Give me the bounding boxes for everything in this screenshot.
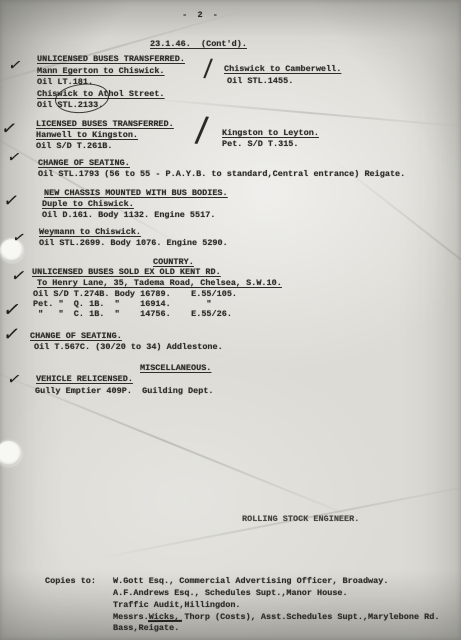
copies-recipient: W.Gott Esq., Commercial Advertising Offi… <box>113 576 388 586</box>
section-heading-unlicensed-buses-sold: UNLICENSED BUSES SOLD EX OLD KENT RD. <box>32 267 221 277</box>
signature-rolling-stock-engineer: ROLLING STOCK ENGINEER. <box>242 514 359 524</box>
fleet-detail-line: Oil STL.1455. <box>227 76 293 86</box>
checkmark-annotation: ✓ <box>6 147 23 166</box>
scanned-document-page: - 2 - 23.1.46. (Cont'd). UNLICENSED BUSE… <box>0 0 461 640</box>
sold-bus-row: Oil S/D T.274B. Body 16789. E.55/105. <box>33 289 237 299</box>
route-line: Hanwell to Kingston. <box>36 130 138 140</box>
route-line: Chiswick to Camberwell. <box>224 64 341 74</box>
checkmark-annotation: ✓ <box>10 266 28 286</box>
copies-to-label: Copies to: <box>45 576 96 586</box>
punch-hole <box>0 441 21 466</box>
checkmark-annotation: ✓ <box>1 299 22 321</box>
copies-recipient: Traffic Audit,Hillingdon. <box>113 600 241 610</box>
fleet-detail-line: Oil S/D T.261B. <box>36 141 113 151</box>
section-heading-country: COUNTRY. <box>153 257 194 267</box>
route-line: Weymann to Chiswick. <box>39 227 141 237</box>
checkmark-annotation: ✓ <box>1 324 21 345</box>
checkmark-annotation: ✓ <box>11 229 27 247</box>
checkmark-annotation: ✓ <box>0 119 19 140</box>
copies-recipient: Bass,Reigate. <box>113 623 179 633</box>
underline-mark-wicks <box>148 620 182 622</box>
section-heading-new-chassis: NEW CHASSIS MOUNTED WITH BUS BODIES. <box>44 188 228 198</box>
buyer-line: To Henry Lane, 35, Tadema Road, Chelsea,… <box>37 278 282 288</box>
sold-bus-row: Pet. " Q. 1B. " 16914. " <box>33 299 212 309</box>
checkmark-annotation: ✓ <box>7 56 24 75</box>
route-line: Kingston to Leyton. <box>222 128 319 138</box>
date-heading: 23.1.46. (Cont'd). <box>150 39 247 49</box>
paper-crease <box>141 97 461 128</box>
copies-recipient: A.F.Andrews Esq., Schedules Supt.,Manor … <box>113 588 348 598</box>
checkmark-annotation: ✓ <box>6 370 23 389</box>
section-heading-miscellaneous: MISCELLANEOUS. <box>140 363 211 373</box>
route-line: Mann Egerton to Chiswick. <box>37 66 165 76</box>
sub-heading-vehicle-relicensed: VEHICLE RELICENSED. <box>36 374 133 384</box>
checkmark-annotation: ✓ <box>2 191 21 212</box>
seating-detail-line: Oil STL.1793 (56 to 55 - P.A.Y.B. to sta… <box>38 169 405 179</box>
vehicle-detail-line: Gully Emptier 409P. Guilding Dept. <box>35 386 214 396</box>
page-number: - 2 - <box>155 10 245 20</box>
seating-detail-line: Oil T.567C. (30/20 to 34) Addlestone. <box>34 342 223 352</box>
slash-annotation: / <box>203 54 213 82</box>
fleet-detail-line: Oil D.161. Body 1132. Engine 5517. <box>42 210 215 220</box>
paper-crease <box>331 158 461 344</box>
sold-bus-row: " " C. 1B. " 14756. E.55/26. <box>33 309 232 319</box>
route-line: Duple to Chiswick. <box>42 199 134 209</box>
section-heading-change-of-seating: CHANGE OF SEATING. <box>30 331 122 341</box>
section-heading-change-of-seating: CHANGE OF SEATING. <box>38 158 130 168</box>
section-heading-licensed-buses-transferred: LICENSED BUSES TRANSFERRED. <box>36 119 174 129</box>
fleet-detail-line: Pet. S/D T.315. <box>222 139 299 149</box>
fleet-detail-line: Oil STL.2699. Body 1076. Engine 5290. <box>39 238 228 248</box>
section-heading-unlicensed-buses-transferred: UNLICENSED BUSES TRANSFERRED. <box>37 54 185 64</box>
slash-annotation: / <box>194 110 210 151</box>
